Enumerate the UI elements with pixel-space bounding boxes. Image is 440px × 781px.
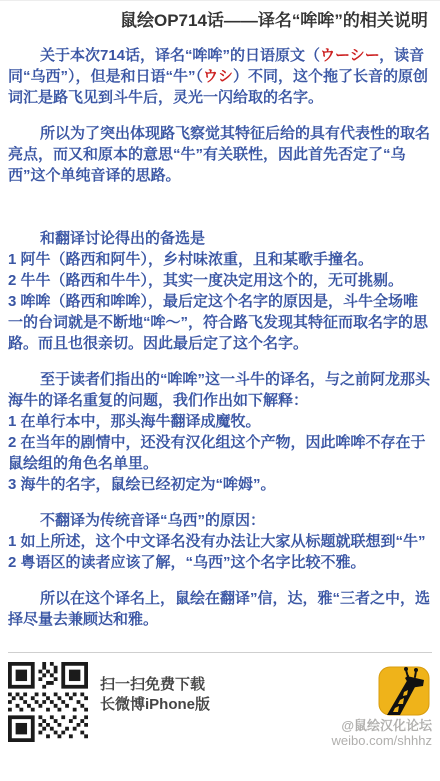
- text-segment: 关于本次714话，译名“哞哞”的日语原文（: [40, 47, 320, 64]
- footer-divider: [8, 652, 432, 653]
- qr-caption: 扫一扫免费下载 长微博iPhone版: [100, 675, 210, 715]
- brand-block: @鼠绘汉化论坛 weibo.com/shhhz: [292, 664, 432, 748]
- no-transliteration-item-1: 1 如上所述，这个中文译名没有办法让大家从标题就联想到“牛”: [8, 531, 432, 552]
- duplicate-explain-item-1: 1 在单行本中，那头海牛翻译成魔牧。: [8, 411, 432, 432]
- qr-caption-line1: 扫一扫免费下载: [100, 675, 210, 695]
- long-weibo-document: 鼠绘OP714话——译名“哞哞”的相关说明 关于本次714话，译名“哞哞”的日语…: [0, 0, 440, 781]
- no-transliteration-heading: 不翻译为传统音译“乌西”的原因：: [8, 510, 432, 531]
- alternatives-item-2: 2 牛牛（路西和牛牛），其实一度决定用这个的，无可挑剔。: [8, 270, 432, 291]
- brand-url: weibo.com/shhhz: [332, 733, 432, 748]
- duplicate-explain-item-2: 2 在当年的剧情中，还没有汉化组这个产物，因此哞哞不存在于鼠绘组的角色名单里。: [8, 432, 432, 474]
- alternatives-heading: 和翻译讨论得出的备选是: [8, 228, 432, 249]
- footer: 扫一扫免费下载 长微博iPhone版 @鼠绘汉化论坛: [8, 662, 432, 757]
- paragraph-naming-rationale: 所以为了突出体现路飞察觉其特征后给的具有代表性的取名亮点，而又和原本的意思“牛”…: [8, 123, 432, 186]
- paragraph-intro: 关于本次714话，译名“哞哞”的日语原文（ウーシー，读音同“乌西”），但是和日语…: [8, 45, 432, 108]
- alternatives-item-1: 1 阿牛（路西和阿牛），乡村味浓重，且和某歌手撞名。: [8, 249, 432, 270]
- katakana-highlight: ウーシー: [320, 47, 379, 64]
- brand-account: @鼠绘汉化论坛: [341, 718, 432, 733]
- page-title: 鼠绘OP714话——译名“哞哞”的相关说明: [8, 9, 432, 32]
- duplicate-explain-item-3: 3 海牛的名字，鼠绘已经初定为“哞姆”。: [8, 474, 432, 495]
- paragraph-closing: 所以在这个译名上，鼠绘在翻译”信，达，雅“三者之中，选择尽量去兼顾达和雅。: [8, 588, 432, 630]
- changweibo-giraffe-icon: [378, 664, 430, 716]
- qr-caption-line2: 长微博iPhone版: [100, 695, 210, 715]
- no-transliteration-item-2: 2 粤语区的读者应该了解，“乌西”这个名字比较不雅。: [8, 552, 432, 573]
- duplicate-explain-heading: 至于读者们指出的“哞哞”这一斗牛的译名，与之前阿龙那头海牛的译名重复的问题，我们…: [8, 369, 432, 411]
- alternatives-item-3: 3 哞哞（路西和哞哞），最后定这个名字的原因是，斗牛全场唯一的台词就是不断地“哞…: [8, 291, 432, 354]
- katakana-highlight: ウシ: [203, 68, 233, 85]
- qr-code-icon: [8, 662, 88, 742]
